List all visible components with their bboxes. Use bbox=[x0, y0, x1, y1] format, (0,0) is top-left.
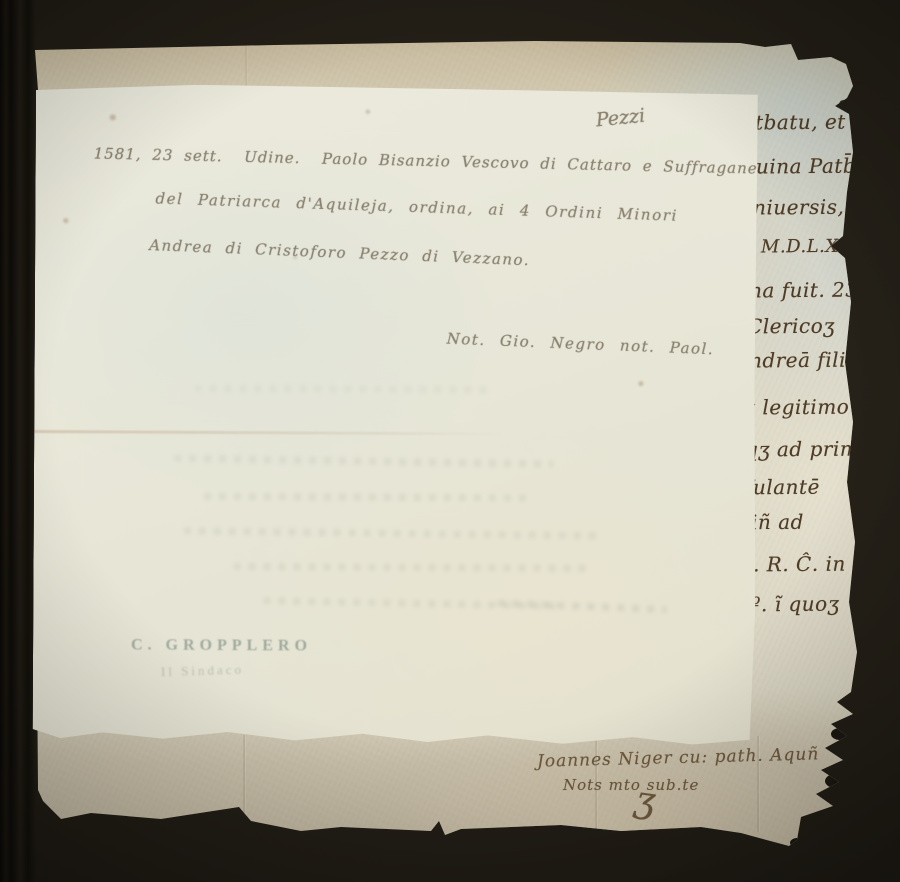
record-line-3: Andrea di Cristoforo Pezzo di Vezzano. bbox=[149, 236, 531, 269]
fold-crease bbox=[245, 42, 248, 86]
foxing-spot bbox=[366, 110, 370, 114]
paper-crease bbox=[34, 430, 504, 435]
damage-hole bbox=[825, 774, 846, 788]
latin-fragment: t legitimo bbox=[747, 395, 849, 420]
foxing-spot bbox=[638, 381, 643, 386]
show-through-ghost-line bbox=[194, 385, 494, 394]
collector-stamp-line1: C. GROPPLERO bbox=[131, 637, 312, 656]
show-through-ghost-line bbox=[174, 455, 554, 468]
latin-fragment: iuina Patb̄a, bbox=[749, 153, 876, 178]
notary-signature: Not. Gio. Negro not. Paol. bbox=[446, 329, 714, 358]
damage-hole bbox=[839, 100, 848, 109]
damage-hole bbox=[790, 838, 804, 848]
record-line-1: 1581, 23 sett. Udine. Paolo Bisanzio Ves… bbox=[93, 144, 767, 177]
foxing-spot bbox=[63, 218, 68, 223]
foxing-spot bbox=[110, 114, 116, 120]
pasted-paper-note: Pezzi 1581, 23 sett. Udine. Paolo Bisanz… bbox=[33, 84, 758, 748]
parchment-bottom-note-line2: Nots mto sub.te bbox=[563, 776, 699, 794]
notary-flourish: ʒ bbox=[632, 779, 659, 823]
latin-fragment: M.D.L.XXXI, bbox=[761, 235, 879, 257]
book-gutter-shadow bbox=[0, 0, 36, 882]
damage-hole bbox=[831, 728, 849, 740]
latin-fragment: qʒ ad primā bbox=[745, 436, 872, 461]
parchment-bottom-note-line1: Joannes Niger cu: path. Aquñ bbox=[537, 744, 820, 771]
latin-fragment: iñ ad bbox=[751, 510, 804, 534]
latin-fragment: rº. ĩ quoʒ bbox=[741, 592, 840, 617]
latin-fragment: ndreā filiū bbox=[749, 348, 860, 373]
record-line-2: del Patriarca d'Aquileja, ordina, ai 4 O… bbox=[155, 189, 678, 224]
show-through-ghost-line bbox=[497, 599, 667, 613]
show-through-ghost-line bbox=[233, 563, 593, 572]
corner-annotation: Pezzi bbox=[595, 105, 646, 132]
latin-fragment: na fuit. 23. bbox=[749, 277, 866, 302]
show-through-ghost-line bbox=[184, 527, 604, 539]
latin-fragment: ſulantē bbox=[745, 475, 820, 500]
show-through-ghost-line bbox=[204, 493, 534, 502]
foxing-spot bbox=[293, 255, 297, 259]
latin-fragment: niuersis, et bbox=[753, 194, 872, 219]
fold-crease bbox=[243, 735, 246, 827]
latin-fragment: . R. Ĉ. in bbox=[753, 552, 846, 577]
collector-stamp-line2: Il Sindaco bbox=[161, 662, 245, 680]
damage-hole bbox=[819, 814, 836, 835]
archival-scan-page: tbatu, et iuina Patb̄a, niuersis, et M.D… bbox=[0, 0, 900, 882]
latin-fragment: tbatu, et bbox=[755, 110, 846, 135]
latin-fragment: Clericoʒ bbox=[747, 314, 835, 339]
